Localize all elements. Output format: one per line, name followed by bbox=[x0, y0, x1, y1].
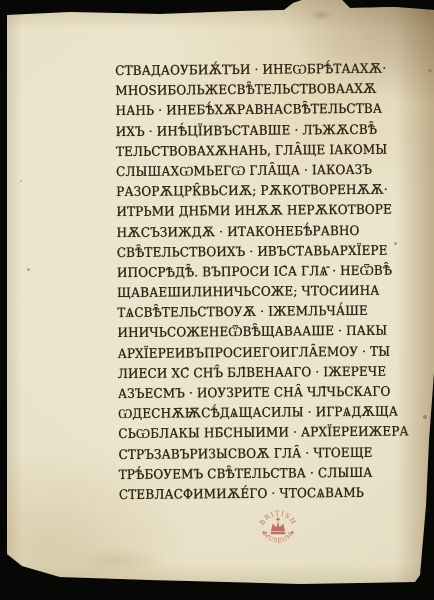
scan-background: СТВАДАОУБИѪ́ТЪИ · ИНЕѠБРѢ́ТААХѪ· МНОЅИБО… bbox=[0, 0, 434, 600]
text-line: ЛИЕСИ ХС̑ СНЪ̑ БЛ̑ВЕНААГО · ІЖЕРЕЧЕ bbox=[118, 363, 376, 385]
blue-speck bbox=[394, 242, 397, 245]
text-line: ЩАВАЕШИЛИНИЧЬСОЖЕ; ЧТОСИИНА bbox=[117, 282, 375, 304]
text-line: НАНЬ · ИНЕБѢ́ХѪРАВНАСВѢ̑ТЕЛЬСТВА bbox=[115, 100, 373, 122]
text-line: ИТРЬМИ ДНЬ̑МИ ИНѪѪ НЕРѪКОТВОРЕ bbox=[116, 201, 374, 223]
text-line: ѠДЕСНѪѬСѢ́ДѦЩАСИЛЫ · ИГРѦДѪЩА bbox=[118, 403, 376, 425]
british-museum-stamp: BRITISH MUSEUM bbox=[254, 503, 302, 551]
red-edge-speck bbox=[428, 69, 432, 72]
text-line: СВѢ̑ТЕЛЬСТВОИХЪ · ИВЪСТАВЬАРХЇЕРЕ bbox=[117, 241, 375, 263]
text-line: ИХЪ · ИНѢ́ЦЇИВЪСТАВШЕ · ЛЪЖѪСВѢ̑ bbox=[116, 120, 374, 142]
text-line: НѪСЪЗИЖДѪ · ИТАКОНЕБѢ́РАВНО bbox=[116, 221, 374, 243]
crown-icon bbox=[271, 517, 286, 534]
text-line: ИНИЧЬСОЖЕНЕѾВѢ̑ЩАВААШЕ · ПАКЫ bbox=[117, 322, 375, 344]
text-line: ТРѢ́БОУЕМЪ СВѢ̑ТЕЛЬСТВА · СЛЫША bbox=[119, 463, 377, 485]
text-block: СТВАДАОУБИѪ́ТЪИ · ИНЕѠБРѢ́ТААХѪ· МНОЅИБО… bbox=[115, 60, 399, 507]
text-line: ИПОСРѢДѢ̑. ВЪПРОСИ ІС̑А ГЛѦ̑ · НЕѾВѢ̑ bbox=[117, 262, 375, 284]
text-line: ТѦСВѢ̑ТЕЛЬСТВОУѪ · ІЖЕМЛЬЧА́ШЕ bbox=[117, 302, 375, 324]
text-line: МНОЅИБОЛЬЖЕСВѢ̑ТЕЛЬСТВОВААХѪ bbox=[115, 80, 373, 102]
text-line: АЗЪЕСМЪ · ИОУЗРИТЕ СНА̑ ЧЛ̑ЧЬСКАГО bbox=[118, 383, 376, 405]
text-line: АРХЇЕРЕИВЪПРОСИЕГОИГЛА̑ЕМОУ · ТЫ bbox=[117, 342, 375, 364]
text-line: СЛЫШАХѠМЬЕГѠ ГЛА̑ЩА · ІАКОАЗЪ bbox=[116, 161, 374, 183]
text-line: СТВАДАОУБИѪ́ТЪИ · ИНЕѠБРѢ́ТААХѪ· bbox=[115, 60, 373, 82]
text-line: РАЗОРѪЦРК̑ВЬСИѪ; РѪКОТВОРЕНѪѪ· bbox=[116, 181, 374, 203]
brown-speck bbox=[423, 415, 427, 419]
manuscript-page: СТВАДАОУБИѪ́ТЪИ · ИНЕѠБРѢ́ТААХѪ· МНОЅИБО… bbox=[0, 0, 434, 600]
brown-speck bbox=[20, 180, 22, 182]
brown-speck bbox=[27, 268, 30, 271]
text-line: СТРЪЗАВЪРИЗЫСВОѪ ГЛА̑ · ЧТОЕЩЕ bbox=[118, 443, 376, 465]
parchment-stain bbox=[55, 548, 180, 574]
pencil-mark bbox=[306, 9, 336, 21]
text-line: СЬѠБЛАКЫ НБ̑СНЫИМИ · АРХЇЕРЕИЖЕРА bbox=[118, 423, 376, 445]
text-line: СТЕВЛАСФИМИѪЕ́ГО · ЧТОСѦВАМЬ bbox=[119, 484, 377, 506]
text-line: ТЕЛЬСТВОВАХѪНАНЬ, ГЛА̑ЩЕ ІАКОМЫ bbox=[116, 140, 374, 162]
